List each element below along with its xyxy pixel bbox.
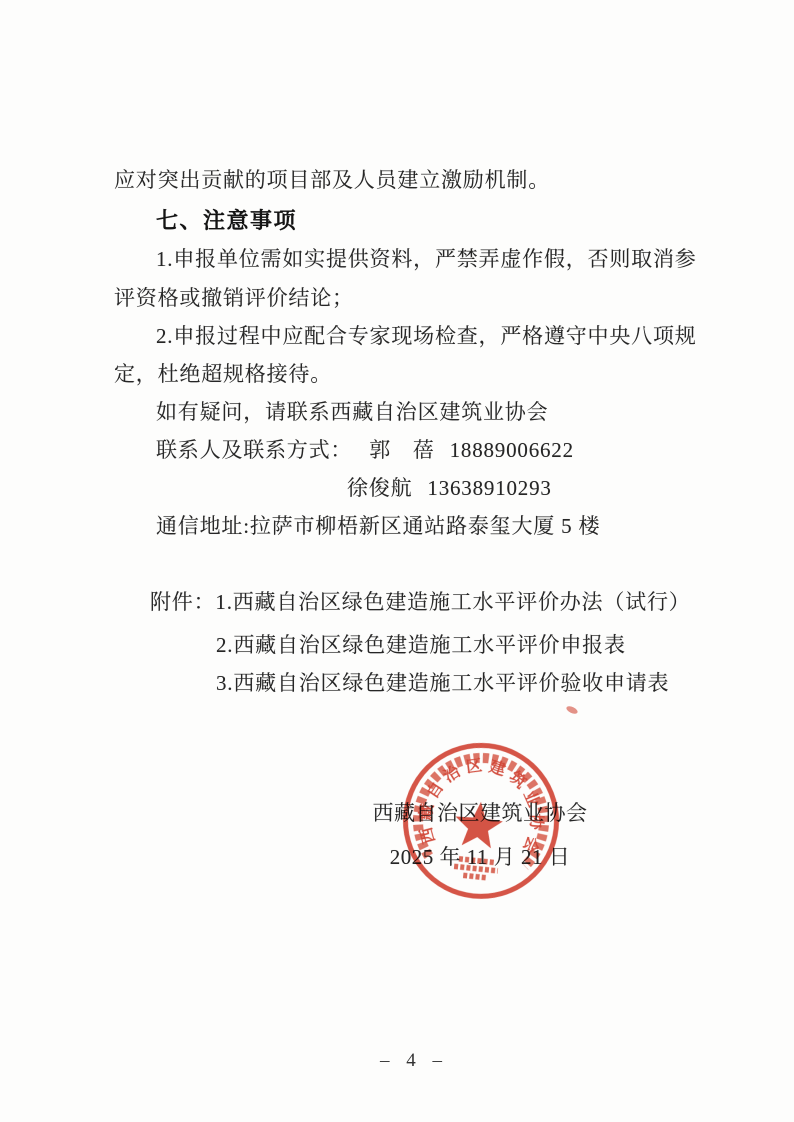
contact-row-2: 徐俊航13638910293 (347, 472, 552, 502)
contact2-phone: 13638910293 (427, 476, 551, 501)
seal-star-icon (453, 799, 505, 849)
address-row: 通信地址:拉萨市柳梧新区通站路泰玺大厦 5 楼 (156, 510, 600, 540)
attachment-item-1: 1.西藏自治区绿色建造施工水平评价办法（试行） (215, 586, 690, 616)
attachment-item-2: 2.西藏自治区绿色建造施工水平评价申报表 (216, 629, 626, 659)
contact-intro: 如有疑问，请联系西藏自治区建筑业协会 (156, 396, 548, 426)
seal-ink-speck (565, 705, 578, 716)
attachment-row-1: 附件：1.西藏自治区绿色建造施工水平评价办法（试行） (150, 586, 691, 616)
contact2-name: 徐俊航 (347, 476, 412, 500)
official-seal: 西藏自治区建筑业协会 (391, 729, 574, 913)
body-paragraph-continuation: 应对突出贡献的项目部及人员建立激励机制。 (114, 164, 550, 194)
section-heading: 七、注意事项 (156, 204, 297, 235)
attachments-label: 附件： (150, 590, 215, 614)
attachment-item-3: 3.西藏自治区绿色建造施工水平评价验收申请表 (216, 667, 669, 697)
contact-label: 联系人及联系方式： (156, 438, 352, 462)
contact1-name: 郭 蓓 (369, 434, 434, 464)
address-value: 拉萨市柳梧新区通站路泰玺大厦 5 楼 (250, 514, 600, 538)
attachment-row-2: 2.西藏自治区绿色建造施工水平评价申报表 (216, 629, 626, 659)
note2-line2: 定，杜绝超规格接待。 (114, 358, 332, 388)
contact-row-1: 联系人及联系方式：郭 蓓18889006622 (156, 434, 574, 464)
document-page: 应对突出贡献的项目部及人员建立激励机制。 七、注意事项 1.申报单位需如实提供资… (0, 0, 794, 1122)
address-label: 通信地址: (156, 514, 250, 538)
contact1-phone: 18889006622 (450, 438, 574, 463)
seal-bottom-script (453, 858, 498, 879)
attachment-row-3: 3.西藏自治区绿色建造施工水平评价验收申请表 (216, 667, 669, 697)
note2-line1: 2.申报过程中应配合专家现场检查，严格遵守中央八项规 (156, 320, 697, 350)
page-number: – 4 – (312, 1050, 512, 1072)
note1-line1: 1.申报单位需如实提供资料，严禁弄虚作假，否则取消参 (156, 243, 697, 273)
note1-line2: 评资格或撤销评价结论； (114, 282, 354, 312)
